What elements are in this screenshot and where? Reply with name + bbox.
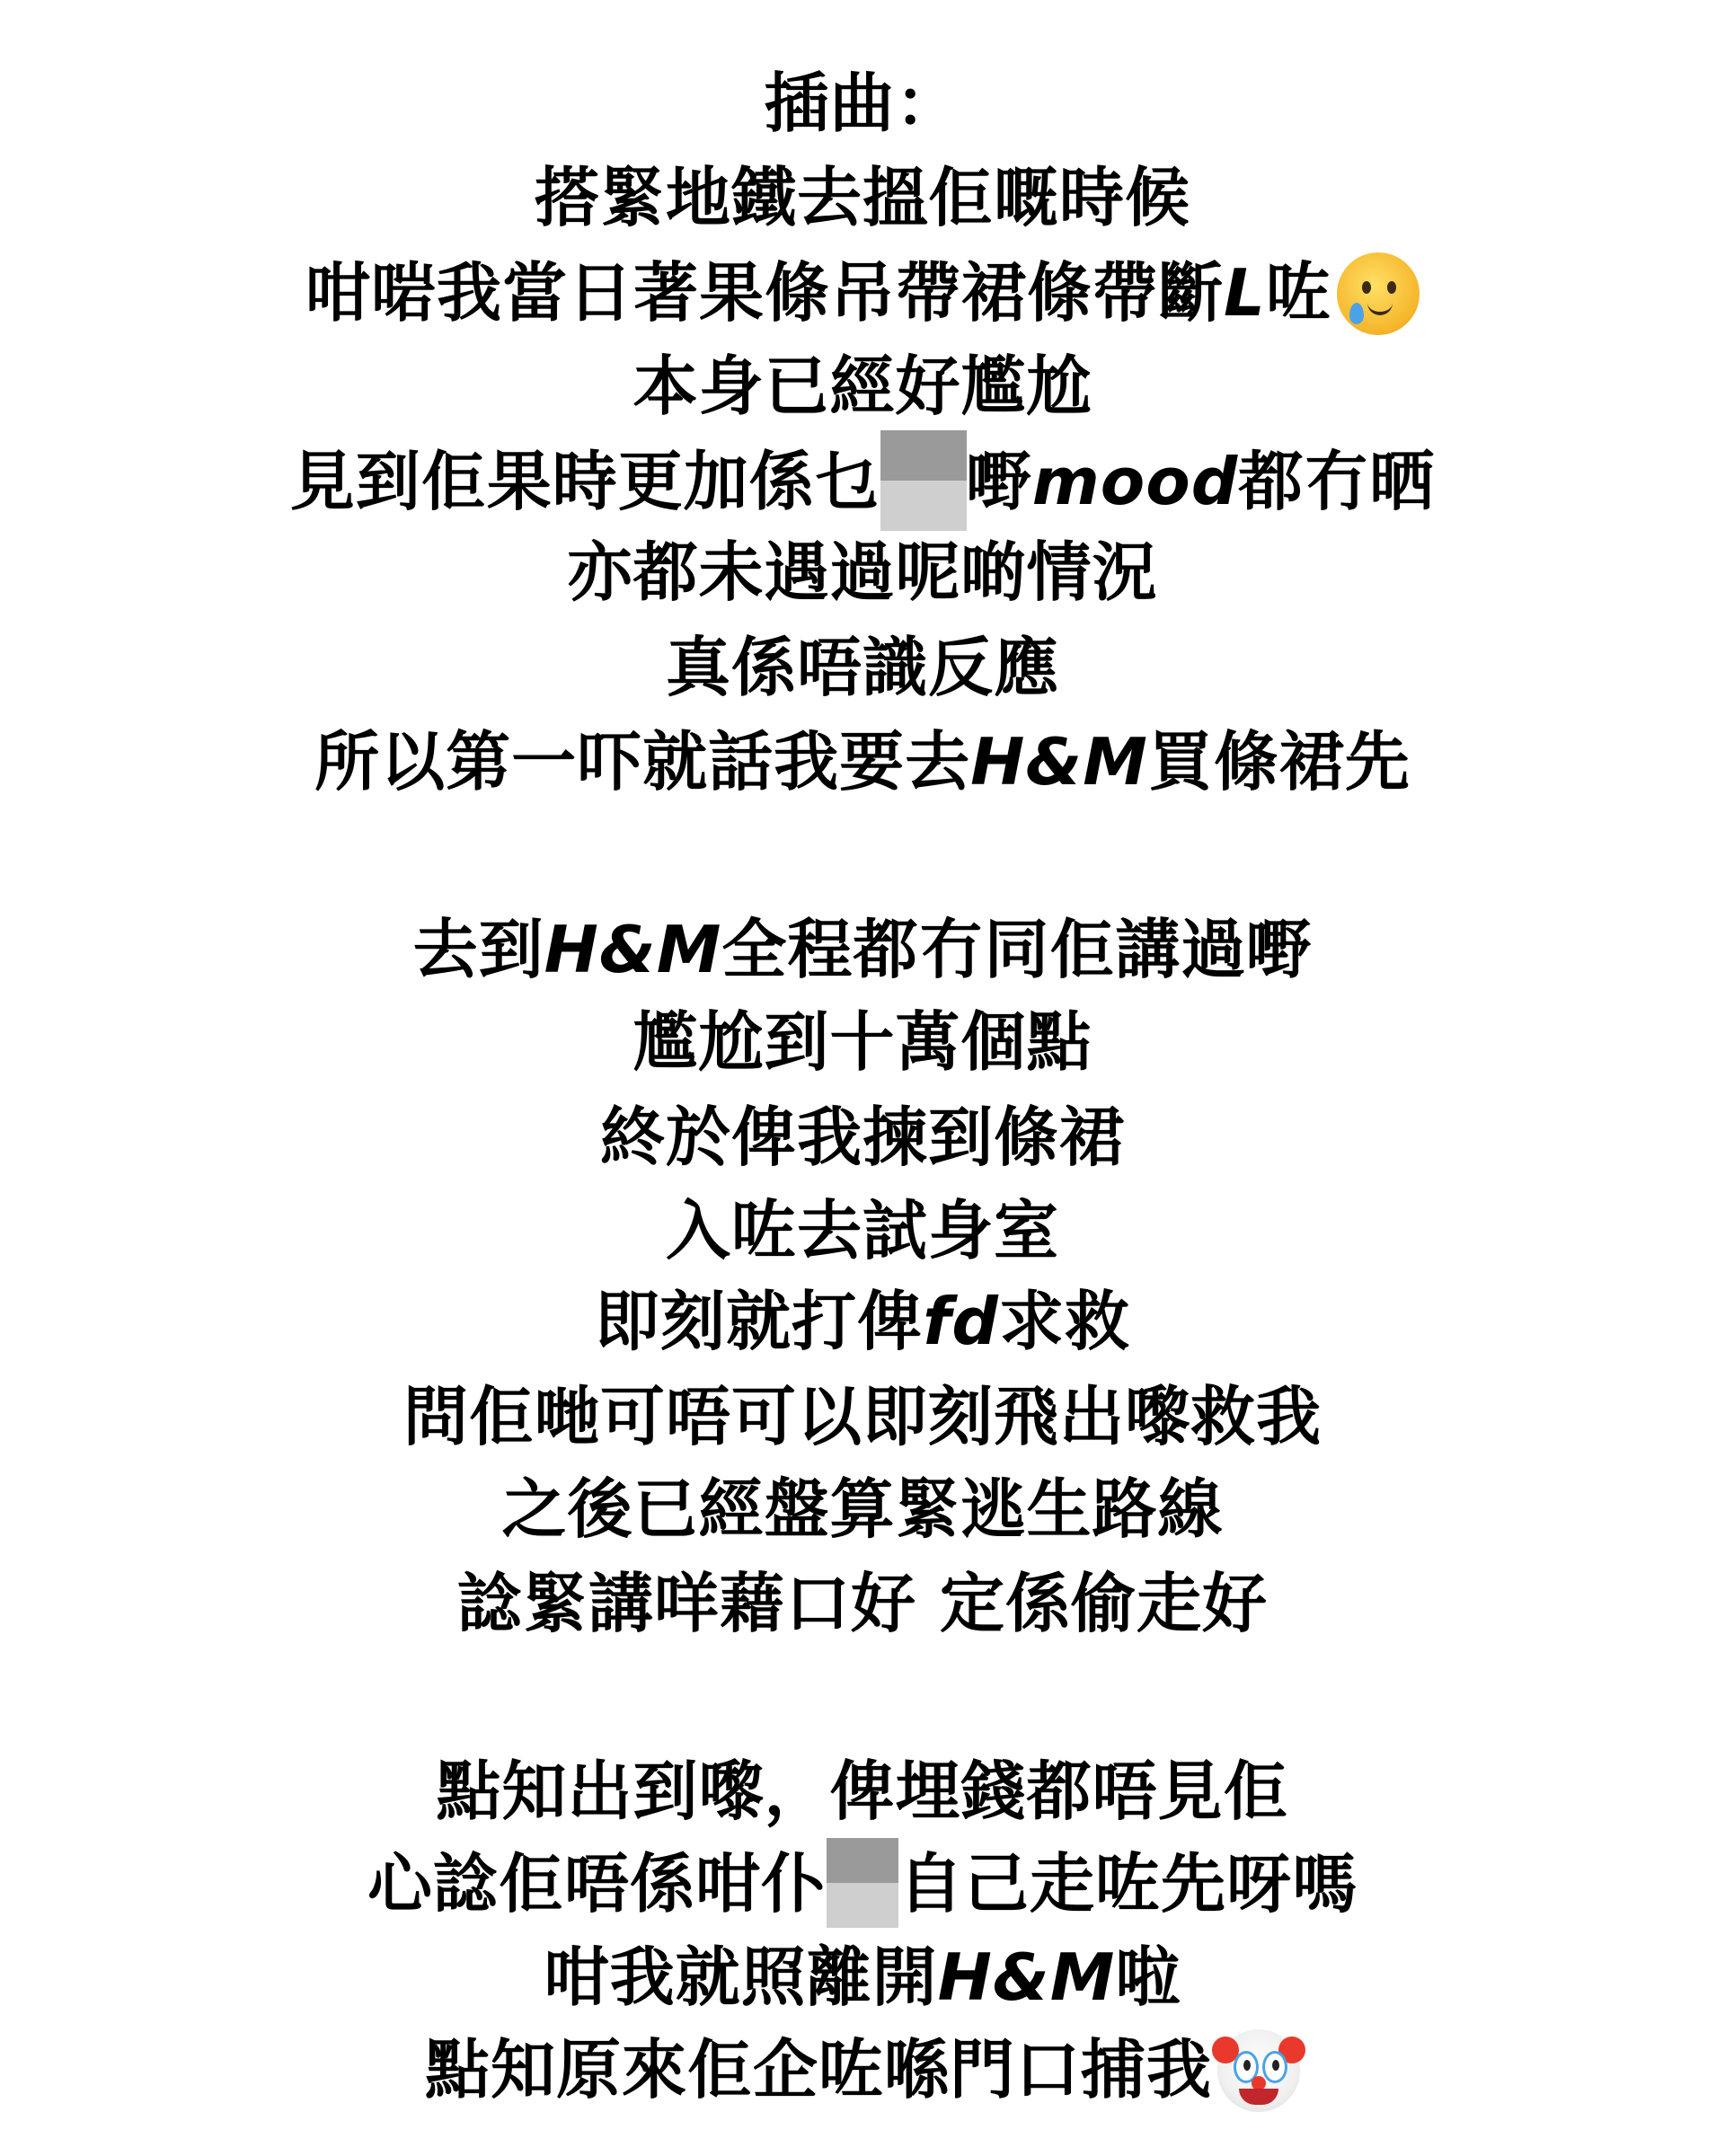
line-text: 之後已經盤算緊逃生路線 <box>501 1471 1223 1547</box>
latin-text: mood <box>1032 444 1239 519</box>
line-text: 終於俾我揀到條裙 <box>600 1100 1125 1175</box>
text-line: 問佢哋可唔可以即刻飛出嚟救我 <box>0 1376 1725 1457</box>
text-line: 去到H&M全程都冇同佢講過嘢 <box>0 909 1725 990</box>
title-text: 插曲： <box>764 66 960 141</box>
text-line: 之後已經盤算緊逃生路線 <box>0 1469 1725 1550</box>
clown-face-icon <box>1217 2029 1300 2112</box>
line-text: 全程都冇同佢講過嘢 <box>721 912 1312 987</box>
line-text: 見到佢果時更加係乜 <box>290 444 880 519</box>
line-text: 去到 <box>413 912 544 987</box>
line-text: 真係唔識反應 <box>666 630 1059 705</box>
text-line: 諗緊講咩藉口好 定係偷走好 <box>0 1563 1725 1644</box>
line-text: 入咗去試身室 <box>666 1193 1059 1268</box>
text-line: 所以第一吓就話我要去H&M買條裙先 <box>0 721 1725 802</box>
text-line: 即刻就打俾fd求救 <box>0 1281 1725 1362</box>
line-text: 都冇晒 <box>1238 444 1435 519</box>
latin-text: fd <box>923 1284 999 1359</box>
redaction-block <box>827 1838 898 1928</box>
line-text: 問佢哋可唔可以即刻飛出嚟救我 <box>403 1379 1322 1454</box>
line-text: 點知原來佢企咗喺門口捕我 <box>425 2032 1212 2107</box>
text-line: 咁啱我當日著果條吊帶裙條帶斷L咗 <box>0 252 1725 333</box>
line-text: 自己走咗先呀嗎 <box>898 1846 1358 1922</box>
line-text: 啦 <box>1115 1940 1181 2015</box>
text-line: 見到佢果時更加係乜嘢mood都冇晒 <box>0 441 1725 522</box>
line-text: 尷尬到十萬個點 <box>632 1004 1092 1080</box>
latin-text: L <box>1224 255 1266 331</box>
latin-text: H&M <box>938 1940 1116 2015</box>
line-text: 求救 <box>999 1284 1130 1359</box>
text-line: 點知原來佢企咗喺門口捕我 <box>0 2029 1725 2110</box>
text-line: 尷尬到十萬個點 <box>0 1002 1725 1082</box>
line-text: 點知出到嚟，俾埋錢都唔見佢 <box>436 1754 1288 1829</box>
line-text: 嘢 <box>967 444 1032 519</box>
text-line: 本身已經好尷尬 <box>0 346 1725 427</box>
text-line: 亦都未遇過呢啲情況 <box>0 532 1725 613</box>
line-text: 所以第一吓就話我要去 <box>314 724 970 800</box>
text-line: 終於俾我揀到條裙 <box>0 1097 1725 1178</box>
line-text: 本身已經好尷尬 <box>632 349 1092 424</box>
line-text: 咁我就照離開 <box>544 1940 938 2015</box>
latin-text: H&M <box>970 724 1148 800</box>
latin-text: H&M <box>544 912 722 987</box>
text-line: 點知出到嚟，俾埋錢都唔見佢 <box>0 1751 1725 1832</box>
text-line: 搭緊地鐵去搵佢嘅時候 <box>0 157 1725 238</box>
text-line: 真係唔識反應 <box>0 627 1725 708</box>
text-line: 入咗去試身室 <box>0 1190 1725 1271</box>
face-holding-back-tears-icon <box>1337 252 1420 335</box>
line-text: 咁啱我當日著果條吊帶裙條帶斷 <box>305 255 1224 331</box>
line-text: 諗緊講咩藉口好 定係偷走好 <box>457 1566 1268 1641</box>
line-text: 咗 <box>1266 255 1331 331</box>
redaction-block <box>880 430 967 531</box>
text-line: 咁我就照離開H&M啦 <box>0 1937 1725 2018</box>
title-line: 插曲： <box>0 63 1725 144</box>
line-text: 搭緊地鐵去搵佢嘅時候 <box>535 160 1190 235</box>
line-text: 亦都未遇過呢啲情況 <box>567 535 1157 610</box>
line-text: 即刻就打俾 <box>595 1284 923 1359</box>
line-text: 心諗佢唔係咁仆 <box>367 1846 827 1922</box>
text-line: 心諗佢唔係咁仆自己走咗先呀嗎 <box>0 1843 1725 1924</box>
line-text: 買條裙先 <box>1148 724 1411 800</box>
